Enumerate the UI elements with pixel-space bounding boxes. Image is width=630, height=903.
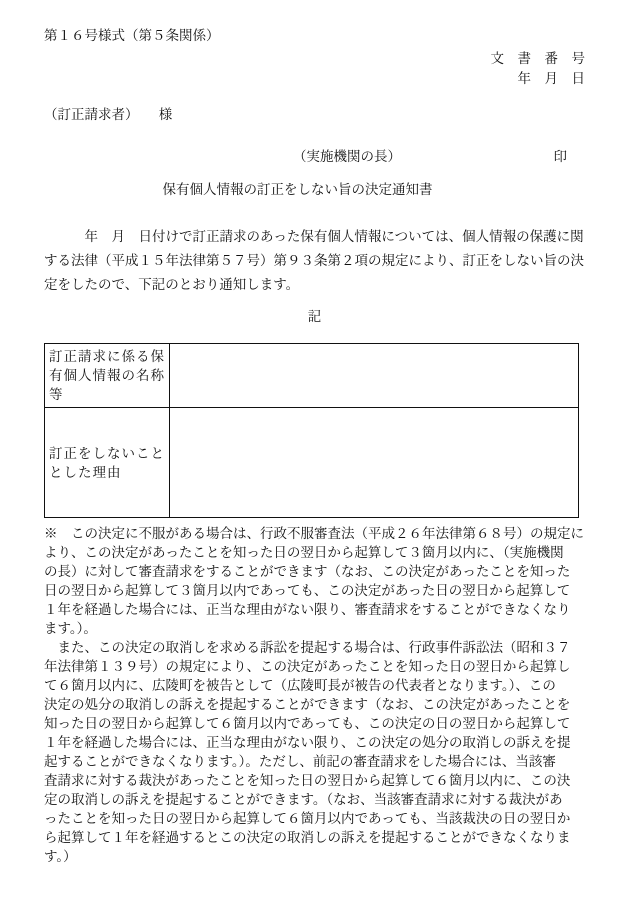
doc-number-field: 文 書 番 号 xyxy=(44,49,585,69)
detail-table: 訂正請求に係る保 有個人情報の名称 等 訂正をしないこと とした理由 xyxy=(44,343,579,518)
issuer-name: （実施機関の長） xyxy=(293,147,401,167)
row-label-name: 訂正請求に係る保 有個人情報の名称 等 xyxy=(45,344,170,408)
row-value-name xyxy=(170,344,579,408)
row-label-reason: 訂正をしないこと とした理由 xyxy=(45,408,170,518)
date-field: 年 月 日 xyxy=(44,69,585,89)
table-row-reason: 訂正をしないこと とした理由 xyxy=(45,408,579,518)
issuer-row: （実施機関の長） 印 xyxy=(44,147,585,167)
addressee: （訂正請求者） 様 xyxy=(44,105,585,125)
row-value-reason xyxy=(170,408,579,518)
form-number: 第１６号様式（第５条関係） xyxy=(44,26,585,46)
seal-mark: 印 xyxy=(554,147,568,167)
record-marker: 記 xyxy=(44,307,585,327)
body-paragraph: 年 月 日付けで訂正請求のあった保有個人情報については、個人情報の保護に関 する… xyxy=(44,225,585,297)
appeal-note: ※ この決定に不服がある場合は、行政不服審査法（平成２６年法律第６８号）の規定に… xyxy=(44,524,585,866)
table-row-name: 訂正請求に係る保 有個人情報の名称 等 xyxy=(45,344,579,408)
page-title: 保有個人情報の訂正をしない旨の決定通知書 xyxy=(44,180,585,200)
document-page: 第１６号様式（第５条関係） 文 書 番 号 年 月 日 （訂正請求者） 様 （実… xyxy=(0,0,630,903)
